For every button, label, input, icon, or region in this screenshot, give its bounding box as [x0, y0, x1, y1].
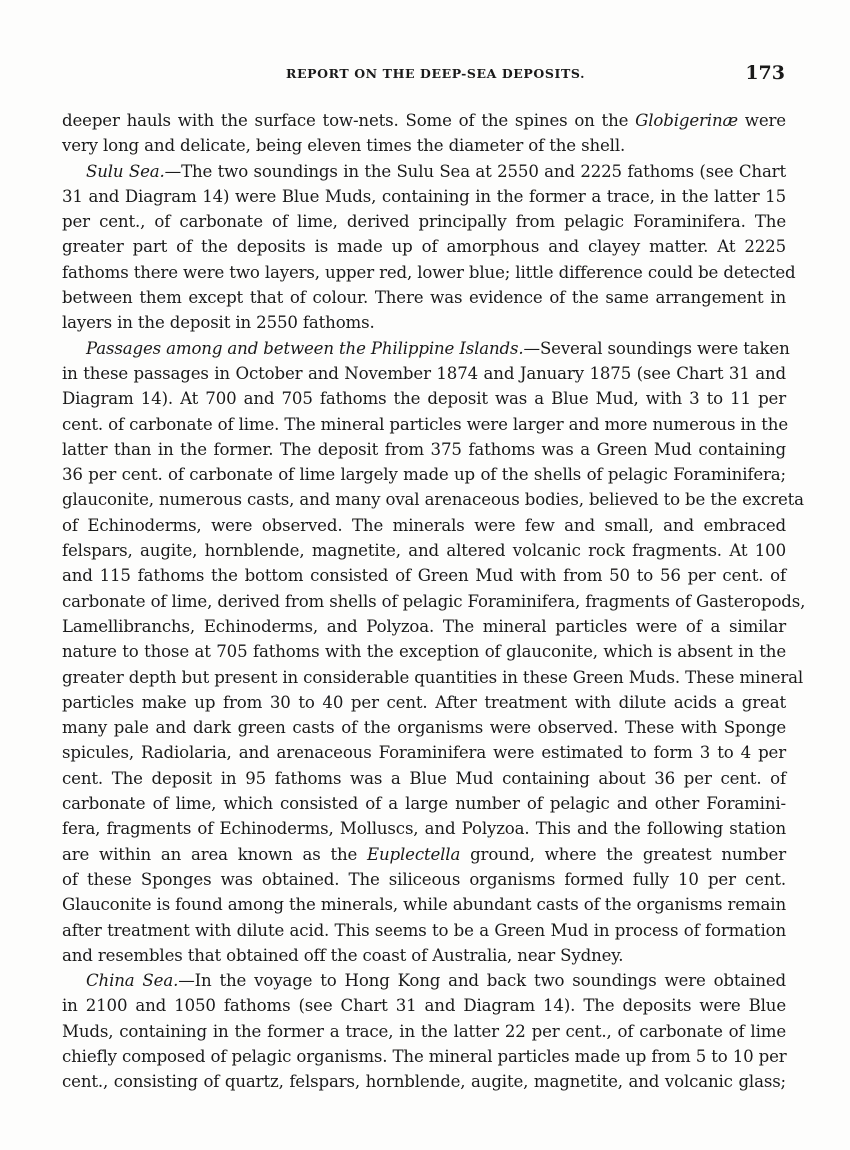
line-text-after: ground, where the greatest number [460, 845, 786, 864]
text-line: are within an area known as the Euplecte… [62, 842, 786, 867]
line-text: greater part of the deposits is made up … [62, 237, 786, 256]
text-line: and resembles that obtained off the coas… [62, 943, 786, 968]
text-line: after treatment with dilute acid. This s… [62, 918, 786, 943]
text-line: between them except that of colour. Ther… [62, 285, 786, 310]
line-text: cent., consisting of quartz, felspars, h… [62, 1072, 786, 1091]
text-line: nature to those at 705 fathoms with the … [62, 639, 786, 664]
text-line: of these Sponges was obtained. The silic… [62, 867, 786, 892]
text-line: layers in the deposit in 2550 fathoms. [62, 310, 786, 335]
section-heading: Sulu Sea. [86, 162, 165, 181]
line-text-after: were [738, 111, 786, 130]
line-text: chiefly composed of pelagic organisms. T… [62, 1047, 787, 1066]
line-text: cent. The deposit in 95 fathoms was a Bl… [62, 769, 786, 788]
line-text: per cent., of carbonate of lime, derived… [62, 212, 786, 231]
line-text: carbonate of lime, which consisted of a … [62, 794, 786, 813]
text-line: particles make up from 30 to 40 per cent… [62, 690, 786, 715]
line-text: cent. of carbonate of lime. The mineral … [62, 415, 788, 434]
text-line: very long and delicate, being eleven tim… [62, 133, 786, 158]
line-text: and resembles that obtained off the coas… [62, 946, 623, 965]
line-text: of Echinoderms, were observed. The miner… [62, 516, 786, 535]
text-line: greater depth but present in considerabl… [62, 665, 786, 690]
text-line: cent., consisting of quartz, felspars, h… [62, 1069, 786, 1094]
line-text: in these passages in October and Novembe… [62, 364, 786, 383]
text-line: felspars, augite, hornblende, magnetite,… [62, 538, 786, 563]
text-line: Glauconite is found among the minerals, … [62, 892, 786, 917]
line-text: between them except that of colour. Ther… [62, 288, 786, 307]
line-text: fera, fragments of Echinoderms, Molluscs… [62, 819, 786, 838]
section-heading-line: Sulu Sea.—The two soundings in the Sulu … [62, 159, 786, 184]
section-heading-line: China Sea.—In the voyage to Hong Kong an… [62, 968, 786, 993]
text-line: Muds, containing in the former a trace, … [62, 1019, 786, 1044]
line-text: in 2100 and 1050 fathoms (see Chart 31 a… [62, 996, 786, 1015]
text-line: 31 and Diagram 14) were Blue Muds, conta… [62, 184, 786, 209]
line-text: Glauconite is found among the minerals, … [62, 895, 786, 914]
line-text: and 115 fathoms the bottom consisted of … [62, 566, 786, 585]
document-page: REPORT ON THE DEEP-SEA DEPOSITS. 173 dee… [0, 0, 850, 1150]
line-text: —In the voyage to Hong Kong and back two… [178, 971, 786, 990]
text-line: carbonate of lime, which consisted of a … [62, 791, 786, 816]
text-line: 36 per cent. of carbonate of lime largel… [62, 462, 786, 487]
italic-term: Globigerinæ [635, 111, 738, 130]
text-line: fathoms there were two layers, upper red… [62, 260, 786, 285]
body-text: deeper hauls with the surface tow-nets. … [62, 108, 786, 1095]
text-line: greater part of the deposits is made up … [62, 234, 786, 259]
line-text: Muds, containing in the former a trace, … [62, 1022, 786, 1041]
line-text: carbonate of lime, derived from shells o… [62, 592, 805, 611]
line-text: many pale and dark green casts of the or… [62, 718, 786, 737]
line-text: spicules, Radiolaria, and arenaceous For… [62, 743, 786, 762]
text-line: Diagram 14). At 700 and 705 fathoms the … [62, 386, 786, 411]
section-heading-line: Passages among and between the Philippin… [62, 336, 786, 361]
line-text: are within an area known as the [62, 845, 367, 864]
line-text: felspars, augite, hornblende, magnetite,… [62, 541, 786, 560]
line-text: after treatment with dilute acid. This s… [62, 921, 786, 940]
page-number: 173 [745, 62, 785, 84]
text-line: spicules, Radiolaria, and arenaceous For… [62, 740, 786, 765]
text-line: and 115 fathoms the bottom consisted of … [62, 563, 786, 588]
section-heading: Passages among and between the Philippin… [86, 339, 524, 358]
line-text: latter than in the former. The deposit f… [62, 440, 786, 459]
line-text: fathoms there were two layers, upper red… [62, 263, 796, 282]
text-line: of Echinoderms, were observed. The miner… [62, 513, 786, 538]
line-text: very long and delicate, being eleven tim… [62, 136, 625, 155]
line-text: nature to those at 705 fathoms with the … [62, 642, 786, 661]
line-text: of these Sponges was obtained. The silic… [62, 870, 786, 889]
text-line: deeper hauls with the surface tow-nets. … [62, 108, 786, 133]
text-line: chiefly composed of pelagic organisms. T… [62, 1044, 786, 1069]
line-text: greater depth but present in considerabl… [62, 668, 803, 687]
text-line: per cent., of carbonate of lime, derived… [62, 209, 786, 234]
text-line: fera, fragments of Echinoderms, Molluscs… [62, 816, 786, 841]
running-title: REPORT ON THE DEEP-SEA DEPOSITS. [62, 66, 785, 81]
text-line: Lamellibranchs, Echinoderms, and Polyzoa… [62, 614, 786, 639]
line-text: 36 per cent. of carbonate of lime largel… [62, 465, 786, 484]
line-text: Lamellibranchs, Echinoderms, and Polyzoa… [62, 617, 786, 636]
text-line: many pale and dark green casts of the or… [62, 715, 786, 740]
line-text: —The two soundings in the Sulu Sea at 25… [165, 162, 786, 181]
text-line: latter than in the former. The deposit f… [62, 437, 786, 462]
italic-term: Euplectella [367, 845, 460, 864]
text-line: glauconite, numerous casts, and many ova… [62, 487, 786, 512]
line-text: 31 and Diagram 14) were Blue Muds, conta… [62, 187, 786, 206]
line-text: glauconite, numerous casts, and many ova… [62, 490, 804, 509]
line-text: particles make up from 30 to 40 per cent… [62, 693, 786, 712]
line-text: layers in the deposit in 2550 fathoms. [62, 313, 375, 332]
line-text: —Several soundings were taken [524, 339, 790, 358]
text-line: in 2100 and 1050 fathoms (see Chart 31 a… [62, 993, 786, 1018]
text-line: cent. of carbonate of lime. The mineral … [62, 412, 786, 437]
running-head: REPORT ON THE DEEP-SEA DEPOSITS. 173 [62, 62, 785, 86]
section-heading: China Sea. [86, 971, 178, 990]
line-text: deeper hauls with the surface tow-nets. … [62, 111, 635, 130]
text-line: in these passages in October and Novembe… [62, 361, 786, 386]
text-line: cent. The deposit in 95 fathoms was a Bl… [62, 766, 786, 791]
text-line: carbonate of lime, derived from shells o… [62, 589, 786, 614]
line-text: Diagram 14). At 700 and 705 fathoms the … [62, 389, 786, 408]
